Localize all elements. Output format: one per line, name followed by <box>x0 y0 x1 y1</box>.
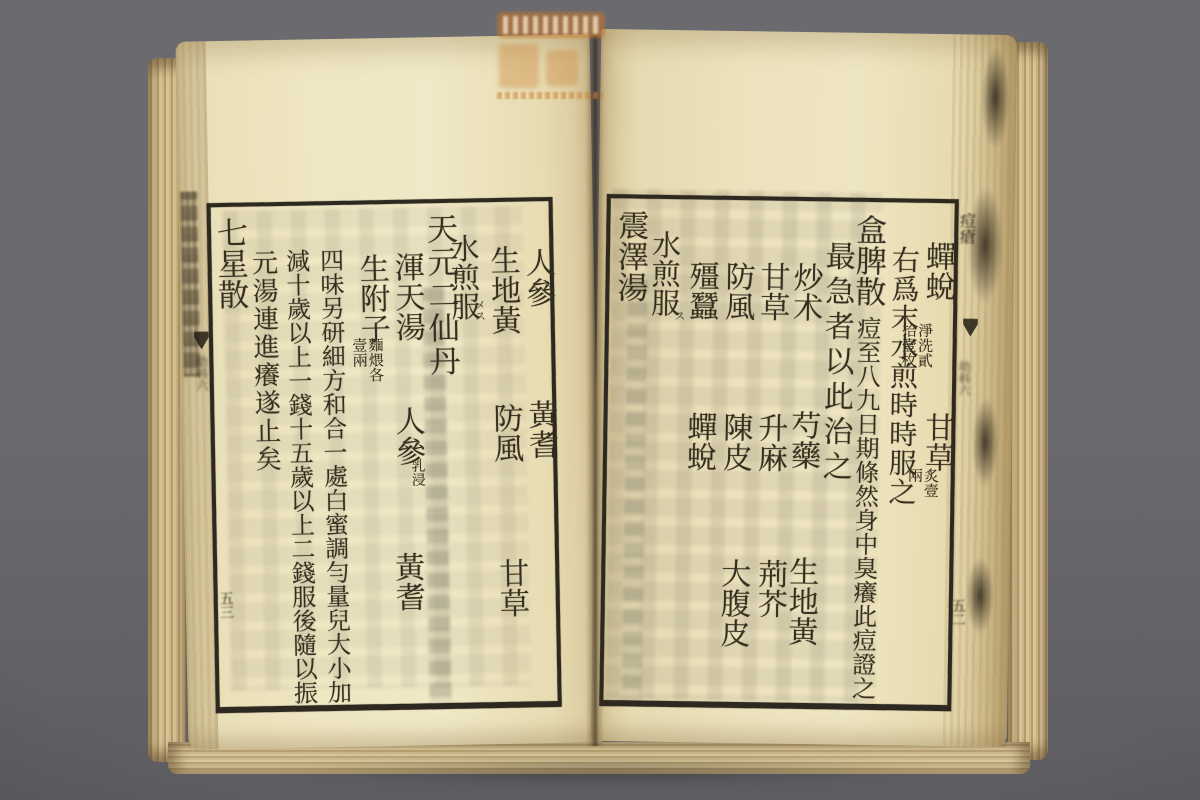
book-photo: 人參 黃耆 生地黃 防風 甘草 水煎服 メス 天元二仙丹 渾天湯 人參 乳浸 黃… <box>0 0 1200 800</box>
photo-vignette <box>0 0 1200 800</box>
